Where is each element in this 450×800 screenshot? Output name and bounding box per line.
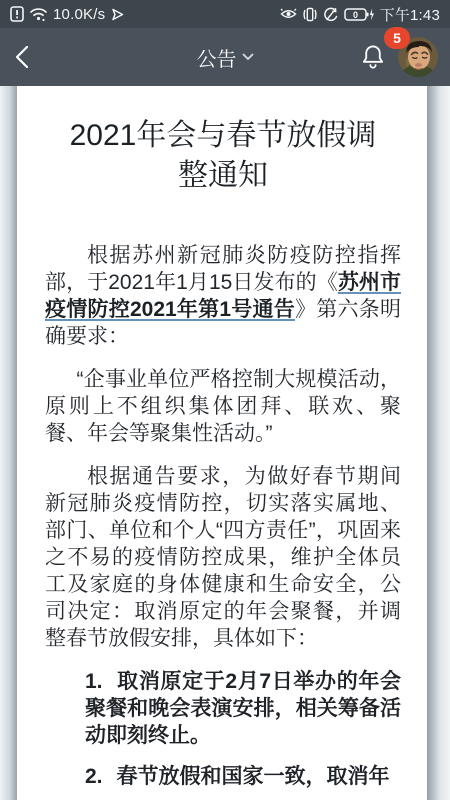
paragraph-1: 根据苏州新冠肺炎防疫防控指挥部，于2021年1月15日发布的《苏州市疫情防控20… xyxy=(45,242,401,350)
document-page: 2021年会与春节放假调整通知 根据苏州新冠肺炎防疫防控指挥部，于2021年1月… xyxy=(17,86,427,800)
battery-charging-icon: 0 xyxy=(344,7,375,22)
eye-protect-icon xyxy=(280,7,297,21)
status-bar: 10.0K/s 0 下午1:43 xyxy=(0,0,450,28)
list-item-1: 1.取消原定于2月7日举办的年会聚餐和晚会表演安排，相关筹备活动即刻终止。 xyxy=(85,668,401,749)
document-title: 2021年会与春节放假调整通知 xyxy=(57,116,389,196)
page-shadow-right xyxy=(427,86,450,800)
list-item-2-number: 2. xyxy=(85,765,103,788)
net-speed: 10.0K/s xyxy=(53,6,105,23)
chevron-down-icon xyxy=(242,53,254,61)
bell-icon xyxy=(360,43,386,71)
document-viewer[interactable]: 2021年会与春节放假调整通知 根据苏州新冠肺炎防疫防控指挥部，于2021年1月… xyxy=(0,86,450,800)
clock-text: 下午1:43 xyxy=(380,4,440,25)
rotate-lock-icon xyxy=(323,7,339,22)
list-item-2: 2.春节放假和国家一致，取消年 xyxy=(85,763,401,790)
page-title: 公告 xyxy=(197,43,237,72)
list-item-1-number: 1. xyxy=(85,670,103,693)
wifi-icon xyxy=(29,6,48,22)
back-chevron-icon xyxy=(12,44,34,70)
notification-bell-button[interactable] xyxy=(358,40,388,74)
status-left: 10.0K/s xyxy=(10,6,125,23)
phone-screen: 10.0K/s 0 下午1:43 xyxy=(0,0,450,800)
back-button[interactable] xyxy=(12,37,46,77)
vibrate-icon xyxy=(302,7,318,22)
list-item-2-text: 春节放假和国家一致，取消年 xyxy=(117,765,390,788)
paragraph-2: “企事业单位严格控制大规模活动，原则上不组织集体团拜、联欢、聚餐、年会等聚集性活… xyxy=(45,366,401,447)
list-item-1-text: 取消原定于2月7日举办的年会聚餐和晚会表演安排，相关筹备活动即刻终止。 xyxy=(85,670,401,747)
avatar-wrap: 5 xyxy=(398,37,438,77)
page-title-dropdown[interactable]: 公告 xyxy=(197,43,254,72)
nav-bar: 公告 5 xyxy=(0,28,450,86)
status-right: 0 下午1:43 xyxy=(280,4,440,25)
play-triangle-icon xyxy=(110,7,125,22)
battery-level-text: 0 xyxy=(353,10,358,20)
nav-right: 5 xyxy=(358,37,438,77)
sim-alert-icon xyxy=(10,6,24,22)
page-shadow-left xyxy=(0,86,17,800)
notification-badge: 5 xyxy=(384,27,410,49)
paragraph-3: 根据通告要求，为做好春节期间新冠肺炎疫情防控，切实落实属地、部门、单位和个人“四… xyxy=(45,463,401,652)
